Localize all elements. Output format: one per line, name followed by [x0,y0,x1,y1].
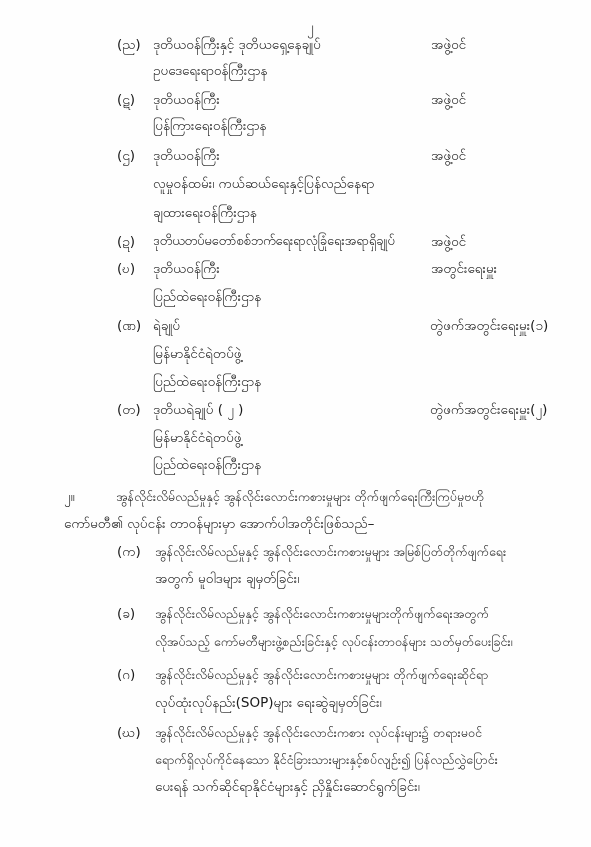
member-index: (ဋ) [117,87,135,113]
member-row-cont: မြန်မာနိုင်ငံရဲတပ်ဖွဲ့ [0,425,591,451]
member-role: အဖွဲ့ဝင် [431,143,466,169]
member-row-cont: ပြည်ထဲရေးဝန်ကြီးဌာန [0,284,591,310]
member-row: (ဌ) ဒုတိယဝန်ကြီး အဖွဲ့ဝင် [0,143,591,169]
member-ministry: လူမှုဝန်ထမ်း၊ ကယ်ဆယ်ရေးနှင့်ပြန်လည်နေရာ [153,171,374,197]
duty-text: ပေးရန် သက်ဆိုင်ရာနိုင်ငံများနှင့် ညှိနှိ… [155,774,420,800]
member-role: အဖွဲ့ဝင် [431,32,466,58]
member-title: ဒုတိယဝန်ကြီးနှင့် ဒုတိယရှေ့နေချုပ် [153,32,321,58]
member-ministry: ပြည်ထဲရေးဝန်ကြီးဌာန [153,284,261,310]
member-row: (ဍ) ဒုတိယတပ်မတော်စစ်ဘက်ရေးရာလုံခြုံရေးအရ… [0,229,591,255]
member-index: (ဍ) [117,229,135,255]
member-title: ဒုတိယဝန်ကြီး [153,143,220,169]
section-heading-line: ကော်မတီ၏ လုပ်ငန်း တာဝန်များမှာ အောက်ပါအတ… [64,511,374,537]
member-row-cont: ပြည်ထဲရေးဝန်ကြီးဌာန [0,369,591,395]
member-index: (ဌ) [117,143,135,169]
duty-index: (က) [117,539,141,565]
duty-text: လုပ်ထုံးလုပ်နည်း(SOP)များ ရေးဆွဲချမှတ်ခြ… [155,690,382,716]
section-heading-line: အွန်လိုင်းလိမ်လည်မှုနှင့် အွန်လိုင်းလောင… [116,484,484,510]
member-role: အဖွဲ့ဝင် [431,87,466,113]
member-row-cont: ပြန်ကြားရေးဝန်ကြီးဌာန [0,113,591,139]
member-index: (တ) [117,397,141,423]
member-row: (ဋ) ဒုတိယဝန်ကြီး အဖွဲ့ဝင် [0,87,591,113]
member-title: ဒုတိယတပ်မတော်စစ်ဘက်ရေးရာလုံခြုံရေးအရာရှိ… [153,229,395,255]
duty-text: ရောက်ရှိလုပ်ကိုင်နေသော နိုင်ငံခြားသားမျာ… [155,747,498,773]
member-ministry: ချထားရေးဝန်ကြီးဌာန [153,200,257,226]
member-row: (ည) ဒုတိယဝန်ကြီးနှင့် ဒုတိယရှေ့နေချုပ် အ… [0,32,591,58]
duty-text: အွန်လိုင်းလိမ်လည်မှုနှင့် အွန်လိုင်းလောင… [155,601,489,627]
duty-text: အွန်လိုင်းလိမ်လည်မှုနှင့် အွန်လိုင်းလောင… [155,720,482,746]
member-ministry: ပြည်ထဲရေးဝန်ကြီးဌာန [153,369,261,395]
member-index: (ည) [117,32,141,58]
member-role: တွဲဖက်အတွင်းရေးမှူး(၁) [430,313,548,339]
section-number: ၂။ [64,484,75,510]
duty-index: (ဃ) [117,720,141,746]
duty-index: (ခ) [117,601,135,627]
member-row: (ဏ) ရဲချုပ် တွဲဖက်အတွင်းရေးမှူး(၁) [0,313,591,339]
member-unit: မြန်မာနိုင်ငံရဲတပ်ဖွဲ့ [153,425,242,451]
member-row: (တ) ဒုတိယရဲချုပ် ( ၂ ) တွဲဖက်အတွင်းရေးမှ… [0,397,591,423]
duty-text: အွန်လိုင်းလိမ်လည်မှုနှင့် အွန်လိုင်းလောင… [155,662,488,688]
member-ministry: ပြန်ကြားရေးဝန်ကြီးဌာန [153,113,266,139]
member-title: ဒုတိယဝန်ကြီး [153,87,220,113]
member-row-cont: မြန်မာနိုင်ငံရဲတပ်ဖွဲ့ [0,341,591,367]
member-unit: မြန်မာနိုင်ငံရဲတပ်ဖွဲ့ [153,341,242,367]
duty-text: အွန်လိုင်းလိမ်လည်မှုနှင့် အွန်လိုင်းလောင… [155,539,506,565]
member-index: (ဏ) [117,313,141,339]
member-row: (ဎ) ဒုတိယဝန်ကြီး အတွင်းရေးမှူး [0,256,591,282]
duty-index: (ဂ) [117,662,135,688]
member-role: အဖွဲ့ဝင် [431,229,466,255]
member-title: ဒုတိယရဲချုပ် ( ၂ ) [153,397,243,423]
duty-text: လိုအပ်သည့် ကော်မတီများဖွဲ့စည်းခြင်းနှင့်… [155,629,513,655]
member-role: တွဲဖက်အတွင်းရေးမှူး(၂) [430,397,547,423]
member-title: ရဲချုပ် [153,313,180,339]
member-row-cont: ပြည်ထဲရေးဝန်ကြီးဌာန [0,452,591,478]
member-ministry: ပြည်ထဲရေးဝန်ကြီးဌာန [153,452,261,478]
member-row-cont: ဥပဒေရေးရာဝန်ကြီးဌာန [0,58,591,84]
member-row-cont: ချထားရေးဝန်ကြီးဌာန [0,200,591,226]
member-ministry: ဥပဒေရေးရာဝန်ကြီးဌာန [153,58,267,84]
document-page: ၂ (ည) ဒုတိယဝန်ကြီးနှင့် ဒုတိယရှေ့နေချုပ်… [0,0,591,847]
member-title: ဒုတိယဝန်ကြီး [153,256,220,282]
member-row-cont: လူမှုဝန်ထမ်း၊ ကယ်ဆယ်ရေးနှင့်ပြန်လည်နေရာ [0,171,591,197]
duty-text: အတွက် မူဝါဒများ ချမှတ်ခြင်း၊ [155,566,299,592]
member-index: (ဎ) [117,256,135,282]
member-role: အတွင်းရေးမှူး [431,256,497,282]
